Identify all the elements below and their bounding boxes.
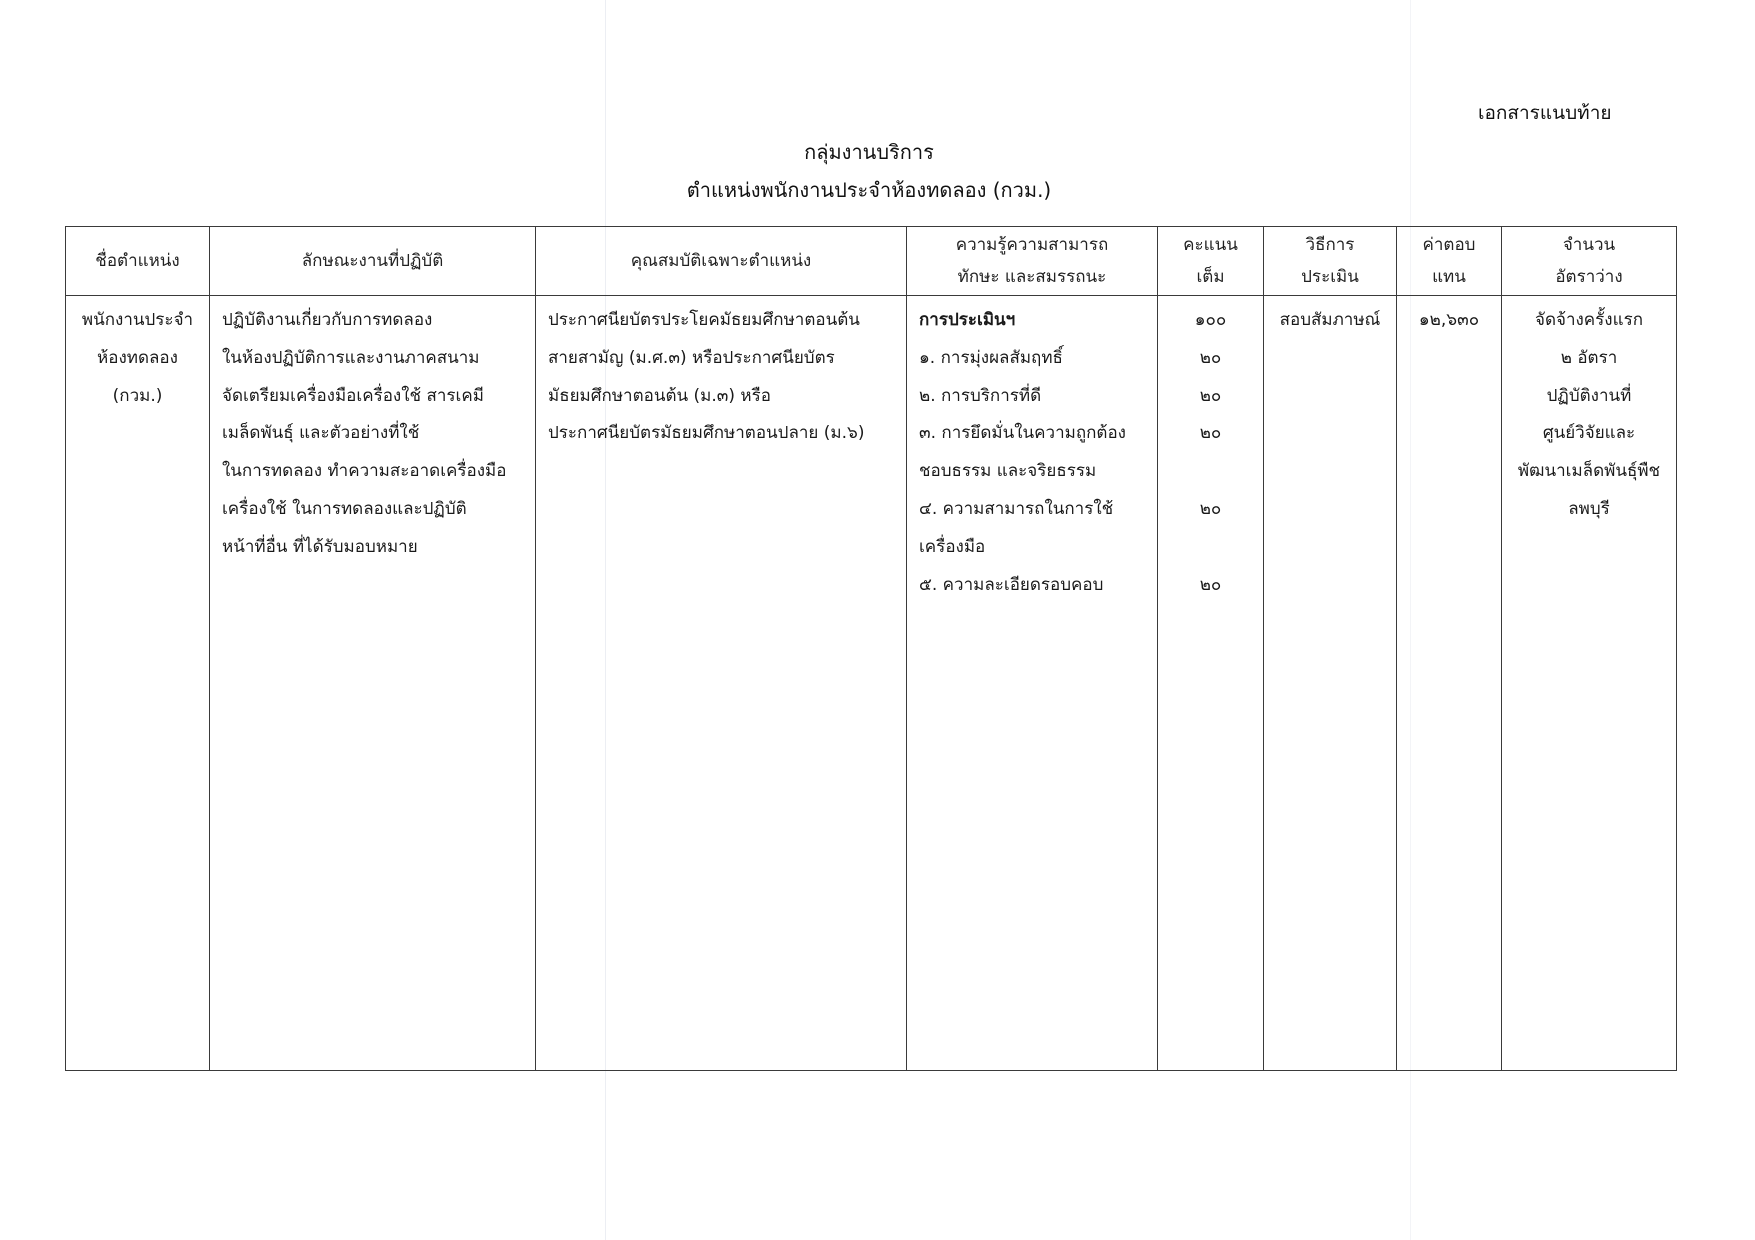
vacancy-line: ๒ อัตรา	[1502, 340, 1676, 378]
score-value	[1158, 529, 1263, 567]
score-value: ๒๐	[1158, 378, 1263, 416]
competencies-cell: การประเมินฯ๑. การมุ่งผลสัมฤทธิ์๒. การบริ…	[907, 296, 1158, 1071]
competency-line: ๑. การมุ่งผลสัมฤทธิ์	[919, 340, 1157, 378]
score-value: ๒๐	[1158, 340, 1263, 378]
column-header-text: คุณสมบัติเฉพาะตำแหน่ง	[536, 245, 906, 277]
score-cell: ๑๐๐๒๐๒๐๒๐๒๐๒๐	[1158, 296, 1264, 1071]
job-description-line: ในห้องปฏิบัติการและงานภาคสนาม	[222, 340, 535, 378]
qualification-line: มัธยมศึกษาตอนต้น (ม.๓) หรือ	[548, 378, 906, 416]
position-name-line: พนักงานประจำ	[66, 302, 209, 340]
qualifications-cell: ประกาศนียบัตรประโยคมัธยมศึกษาตอนต้นสายสา…	[536, 296, 907, 1071]
compensation: ๑๒,๖๓๐	[1397, 302, 1501, 340]
column-header-text: วิธีการ	[1264, 229, 1396, 261]
column-header: วิธีการประเมิน	[1264, 227, 1397, 296]
column-header: ลักษณะงานที่ปฏิบัติ	[210, 227, 536, 296]
column-header-text: ค่าตอบ	[1397, 229, 1501, 261]
score-value: ๒๐	[1158, 567, 1263, 605]
column-header-text: ลักษณะงานที่ปฏิบัติ	[210, 245, 535, 277]
column-header-text: แทน	[1397, 261, 1501, 293]
vacancy-line: ปฏิบัติงานที่	[1502, 378, 1676, 416]
score-value: ๒๐	[1158, 491, 1263, 529]
competency-line: ๒. การบริการที่ดี	[919, 378, 1157, 416]
job-description-line: เครื่องใช้ ในการทดลองและปฏิบัติ	[222, 491, 535, 529]
column-header: ชื่อตำแหน่ง	[66, 227, 210, 296]
competency-line: ๔. ความสามารถในการใช้	[919, 491, 1157, 529]
job-description-line: หน้าที่อื่น ที่ได้รับมอบหมาย	[222, 529, 535, 567]
job-description-line: ปฏิบัติงานเกี่ยวกับการทดลอง	[222, 302, 535, 340]
job-description-cell: ปฏิบัติงานเกี่ยวกับการทดลองในห้องปฏิบัติ…	[210, 296, 536, 1071]
header-row: ชื่อตำแหน่งลักษณะงานที่ปฏิบัติคุณสมบัติเ…	[66, 227, 1677, 296]
competency-line: ๕. ความละเอียดรอบคอบ	[919, 567, 1157, 605]
column-header-text: ทักษะ และสมรรถนะ	[907, 261, 1157, 293]
competency-line: การประเมินฯ	[919, 302, 1157, 340]
vacancy-line: จัดจ้างครั้งแรก	[1502, 302, 1676, 340]
job-description-line: จัดเตรียมเครื่องมือเครื่องใช้ สารเคมี	[222, 378, 535, 416]
qualification-line: ประกาศนียบัตรประโยคมัธยมศึกษาตอนต้น	[548, 302, 906, 340]
qualification-line: ประกาศนียบัตรมัธยมศึกษาตอนปลาย (ม.๖)	[548, 415, 906, 453]
column-header-text: ประเมิน	[1264, 261, 1396, 293]
document-subtitle: ตำแหน่งพนักงานประจำห้องทดลอง (กวม.)	[0, 174, 1738, 206]
column-header: ความรู้ความสามารถทักษะ และสมรรถนะ	[907, 227, 1158, 296]
position-name-line: (กวม.)	[66, 378, 209, 416]
column-header: คะแนนเต็ม	[1158, 227, 1264, 296]
column-header-text: เต็ม	[1158, 261, 1263, 293]
column-header-text: อัตราว่าง	[1502, 261, 1676, 293]
competency-line: เครื่องมือ	[919, 529, 1157, 567]
qualification-line: สายสามัญ (ม.ศ.๓) หรือประกาศนียบัตร	[548, 340, 906, 378]
position-table: ชื่อตำแหน่งลักษณะงานที่ปฏิบัติคุณสมบัติเ…	[65, 226, 1677, 1071]
job-description-line: เมล็ดพันธุ์ และตัวอย่างที่ใช้	[222, 415, 535, 453]
vacancy-line: ลพบุรี	[1502, 491, 1676, 529]
score-value: ๑๐๐	[1158, 302, 1263, 340]
vacancy-line: ศูนย์วิจัยและ	[1502, 415, 1676, 453]
document-title: กลุ่มงานบริการ	[0, 136, 1738, 168]
column-header: จำนวนอัตราว่าง	[1502, 227, 1677, 296]
column-header-text: คะแนน	[1158, 229, 1263, 261]
position-name-cell: พนักงานประจำห้องทดลอง(กวม.)	[66, 296, 210, 1071]
vacancies-cell: จัดจ้างครั้งแรก๒ อัตราปฏิบัติงานที่ศูนย์…	[1502, 296, 1677, 1071]
column-header-text: จำนวน	[1502, 229, 1676, 261]
column-header: ค่าตอบแทน	[1397, 227, 1502, 296]
evaluation-method: สอบสัมภาษณ์	[1264, 302, 1396, 340]
table-row: พนักงานประจำห้องทดลอง(กวม.) ปฏิบัติงานเก…	[66, 296, 1677, 1071]
position-name-line: ห้องทดลอง	[66, 340, 209, 378]
vacancy-line: พัฒนาเมล็ดพันธุ์พืช	[1502, 453, 1676, 491]
competency-line: ชอบธรรม และจริยธรรม	[919, 453, 1157, 491]
score-value: ๒๐	[1158, 415, 1263, 453]
column-header-text: ชื่อตำแหน่ง	[66, 245, 209, 277]
job-description-line: ในการทดลอง ทำความสะอาดเครื่องมือ	[222, 453, 535, 491]
compensation-cell: ๑๒,๖๓๐	[1397, 296, 1502, 1071]
column-header-text: ความรู้ความสามารถ	[907, 229, 1157, 261]
column-header: คุณสมบัติเฉพาะตำแหน่ง	[536, 227, 907, 296]
competency-line: ๓. การยึดมั่นในความถูกต้อง	[919, 415, 1157, 453]
attachment-label: เอกสารแนบท้าย	[1478, 98, 1612, 128]
score-value	[1158, 453, 1263, 491]
evaluation-method-cell: สอบสัมภาษณ์	[1264, 296, 1397, 1071]
